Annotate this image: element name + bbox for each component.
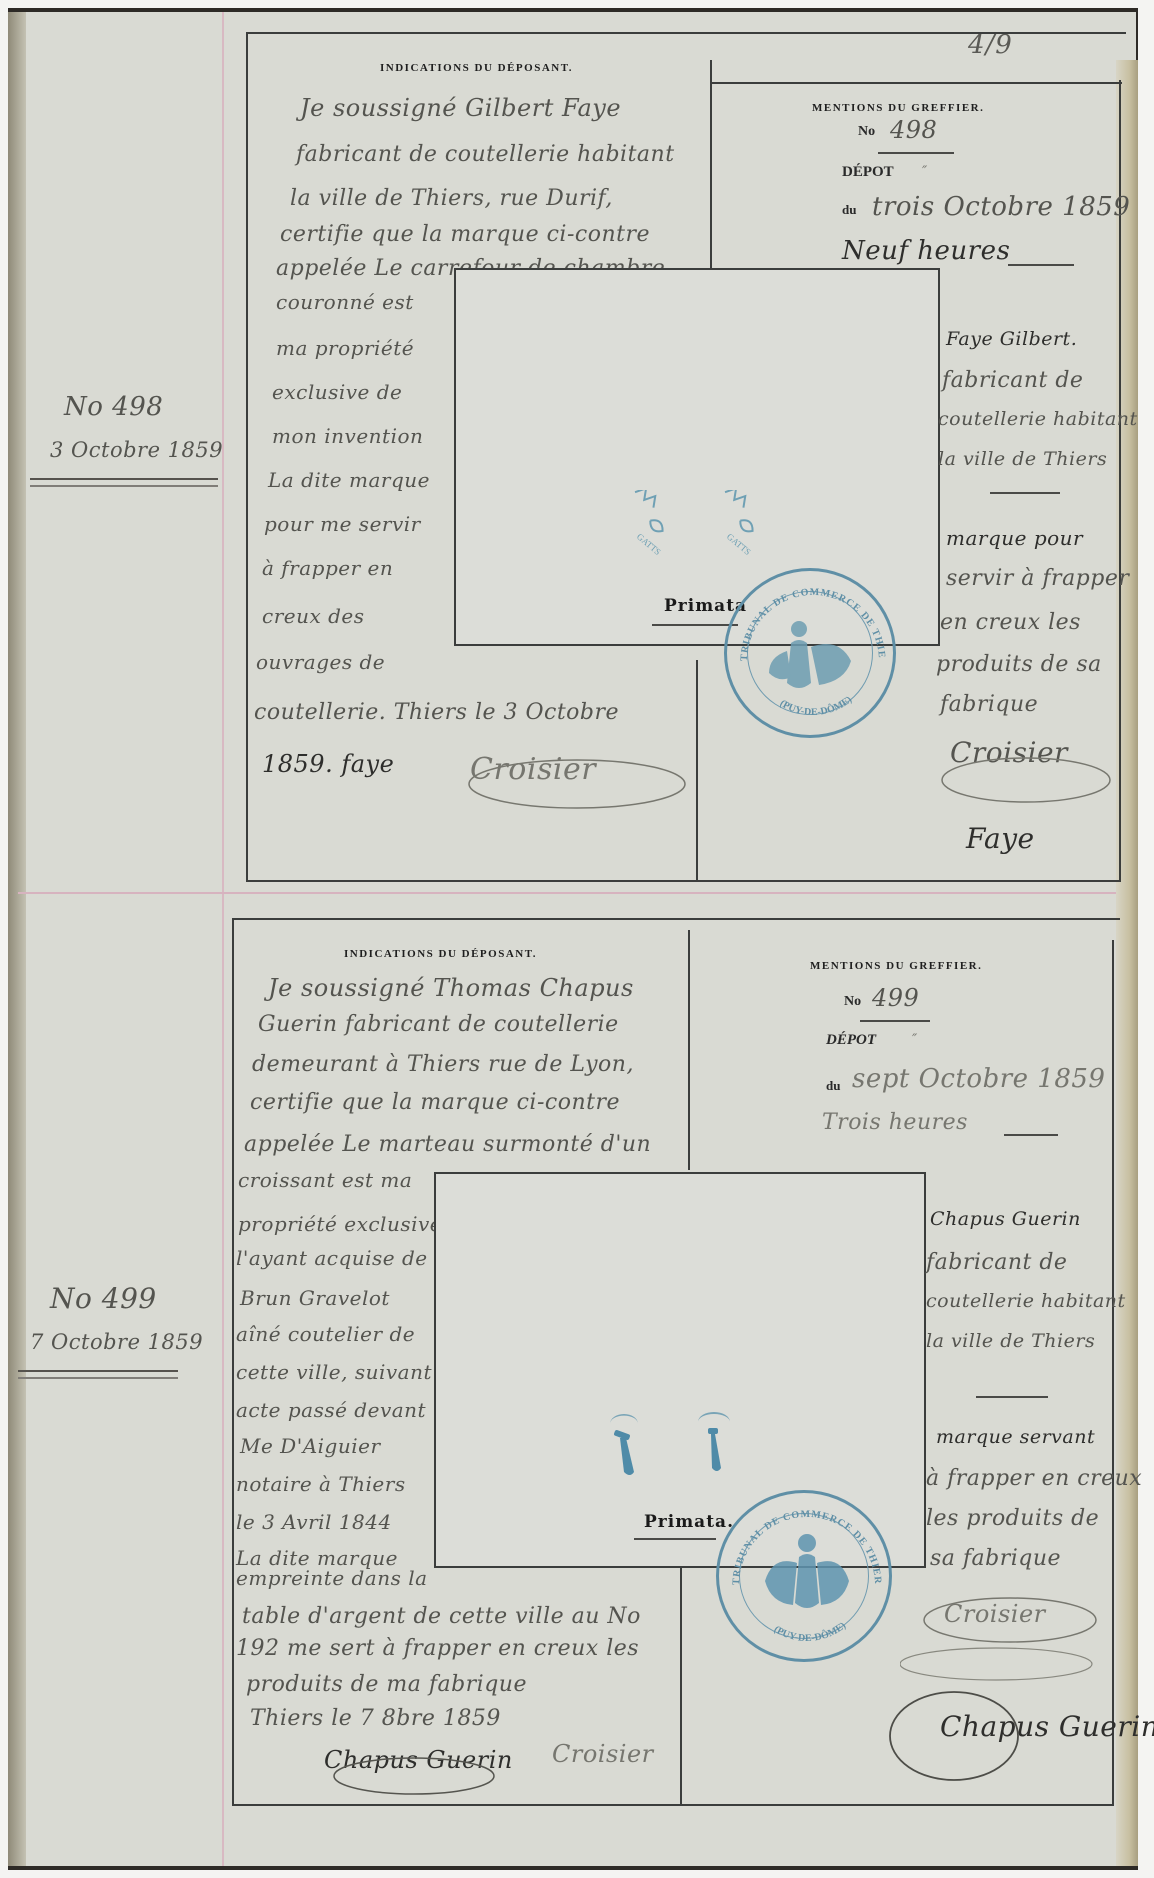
depositor-line: table d'argent de cette ville au No xyxy=(242,1604,641,1629)
clerk-separator xyxy=(976,1396,1048,1398)
number-label: No xyxy=(858,124,875,140)
hammer-crescent-mark-icon xyxy=(694,1408,734,1478)
svg-text:(PUY-DE-DÔME): (PUY-DE-DÔME) xyxy=(772,1620,848,1644)
depositor-line: l'ayant acquise de xyxy=(236,1246,428,1270)
depositor-line: cette ville, suivant xyxy=(236,1360,432,1384)
clerk-line: la ville de Thiers xyxy=(926,1330,1095,1352)
depositor-line: Guerin fabricant de coutellerie xyxy=(258,1012,619,1037)
depositor-line: acte passé devant xyxy=(236,1398,426,1422)
clerk-line: marque servant xyxy=(936,1426,1095,1448)
depositor-header: INDICATIONS DU DÉPOSANT. xyxy=(344,948,537,960)
deposit-number: 499 xyxy=(872,984,919,1012)
depositor-line: croissant est ma xyxy=(238,1168,412,1192)
clerk-line: sa fabrique xyxy=(930,1546,1061,1571)
margin-double-underline xyxy=(18,1370,178,1379)
depositor-line: ouvrages de xyxy=(256,650,385,674)
clerk-line: à frapper en creux xyxy=(926,1466,1142,1491)
mark-label-underline xyxy=(652,624,738,626)
depositor-line: fabricant de coutellerie habitant xyxy=(296,142,675,167)
number-underline xyxy=(860,1020,930,1022)
depositor-line: Brun Gravelot xyxy=(240,1286,390,1310)
svg-text:GATTS: GATTS xyxy=(635,531,663,557)
number-label: No xyxy=(844,994,861,1010)
depositor-line: le 3 Avril 1844 xyxy=(236,1510,392,1534)
signature-flourish xyxy=(318,1740,498,1800)
depositor-line: demeurant à Thiers rue de Lyon, xyxy=(252,1052,634,1077)
number-underline xyxy=(878,152,954,154)
signature-flourish xyxy=(884,1680,1084,1790)
hammer-crescent-mark-icon xyxy=(604,1410,644,1480)
clerk-header-rule xyxy=(710,82,1122,84)
column-divider-bottom xyxy=(696,660,698,880)
clerk-line: marque pour xyxy=(946,526,1083,550)
depositor-line: certifie que la marque ci-contre xyxy=(280,222,650,247)
depositor-line: 192 me sert à frapper en creux les xyxy=(236,1636,639,1661)
svg-text:GATTS: GATTS xyxy=(725,531,753,557)
trademark-impression-icon: GATTS xyxy=(694,490,784,570)
clerk-line: fabricant de xyxy=(926,1250,1067,1275)
deposit-number: 498 xyxy=(890,116,937,144)
signature-flourish xyxy=(900,1590,1100,1690)
margin-entry-date: 3 Octobre 1859 xyxy=(50,438,223,462)
depositor-line: pour me servir xyxy=(264,512,421,536)
clerk-line: les produits de xyxy=(926,1506,1099,1531)
trademark-impression-icon: GATTS xyxy=(604,490,694,570)
depositor-line: Thiers le 7 8bre 1859 xyxy=(250,1706,501,1731)
ditto-mark: ″ xyxy=(922,164,928,180)
depositor-signature-line: 1859. faye xyxy=(262,750,394,778)
time-underline xyxy=(1004,1134,1058,1136)
signature-flourish xyxy=(936,740,1116,810)
form-left-border xyxy=(232,918,234,1806)
depositor-line: coutellerie. Thiers le 3 Octobre xyxy=(254,700,619,725)
deposit-date: trois Octobre 1859 xyxy=(872,192,1130,222)
clerk-line: fabricant de xyxy=(942,368,1083,393)
depositor-line: creux des xyxy=(262,604,365,628)
depositor-line: empreinte dans la xyxy=(236,1566,428,1590)
clerk-line: coutellerie habitant xyxy=(938,408,1138,430)
depositor-signature: Faye xyxy=(966,822,1035,855)
clerk-line: servir à frapper xyxy=(946,566,1129,591)
form-bottom-border xyxy=(232,1804,1114,1806)
date-prefix: du xyxy=(842,202,856,218)
clerk-line: en creux les xyxy=(940,610,1081,635)
depot-label: DÉPOT xyxy=(826,1032,876,1049)
column-divider-bottom xyxy=(680,1566,682,1806)
signature-flourish xyxy=(462,746,692,816)
depositor-line: exclusive de xyxy=(272,380,402,404)
depositor-line: certifie que la marque ci-contre xyxy=(250,1090,620,1115)
depositor-line: couronné est xyxy=(276,290,414,314)
clerk-line: Faye Gilbert. xyxy=(946,328,1077,350)
form-bottom-border xyxy=(246,880,1121,882)
clerk-separator xyxy=(990,492,1060,494)
margin-entry-number: No 499 xyxy=(50,1282,157,1315)
margin-rule xyxy=(222,12,224,1866)
depositor-line: La dite marque xyxy=(268,468,430,492)
clerk-line: coutellerie habitant xyxy=(926,1290,1126,1312)
column-divider-top xyxy=(710,60,712,270)
depositor-line: mon invention xyxy=(272,424,423,448)
form-left-border xyxy=(246,32,248,882)
deposit-date: sept Octobre 1859 xyxy=(852,1064,1105,1094)
binding-edge xyxy=(8,12,26,1866)
form-top-border xyxy=(234,918,1120,920)
depot-label: DÉPOT xyxy=(842,164,894,181)
deposit-time: Trois heures xyxy=(822,1110,968,1135)
depositor-line: notaire à Thiers xyxy=(236,1472,406,1496)
mark-label-underline xyxy=(634,1538,716,1540)
clerk-header: MENTIONS DU GREFFIER. xyxy=(812,102,984,114)
margin-entry-number: No 498 xyxy=(64,392,163,422)
depositor-line: à frapper en xyxy=(262,556,393,580)
time-underline xyxy=(1008,264,1074,266)
depositor-line: produits de ma fabrique xyxy=(246,1672,527,1697)
depositor-line: appelée Le marteau surmonté d'un xyxy=(244,1132,651,1157)
margin-double-underline xyxy=(30,478,218,487)
clerk-line: fabrique xyxy=(940,692,1038,717)
depositor-line: ma propriété xyxy=(276,336,414,360)
depositor-header: INDICATIONS DU DÉPOSANT. xyxy=(380,62,573,74)
tribunal-seal-stamp: TRIBUNAL DE COMMERCE DE THIERS (PUY-DE-D… xyxy=(724,568,896,738)
column-divider-top xyxy=(688,930,690,1170)
depositor-line: propriété exclusive xyxy=(238,1212,442,1236)
section-divider-rule xyxy=(18,892,1116,894)
depositor-line: Je soussigné Thomas Chapus xyxy=(268,974,634,1002)
deposit-time: Neuf heures xyxy=(842,236,1010,266)
depositor-line: la ville de Thiers, rue Durif, xyxy=(290,186,613,211)
ditto-mark: ″ xyxy=(912,1032,918,1048)
clerk-line: la ville de Thiers xyxy=(938,448,1107,470)
clerk-signature: Croisier xyxy=(552,1740,654,1768)
date-prefix: du xyxy=(826,1078,840,1094)
svg-text:(PUY-DE-DÔME): (PUY-DE-DÔME) xyxy=(778,694,854,718)
clerk-line: produits de sa xyxy=(936,652,1102,677)
depositor-line: aîné coutelier de xyxy=(236,1322,415,1346)
depositor-line: Je soussigné Gilbert Faye xyxy=(300,94,621,122)
tribunal-seal-stamp: TRIBUNAL DE COMMERCE DE THIERS (PUY-DE-D… xyxy=(716,1490,892,1662)
depositor-line: Me D'Aiguier xyxy=(240,1434,381,1458)
form-right-border xyxy=(1112,940,1114,1806)
clerk-header: MENTIONS DU GREFFIER. xyxy=(810,960,982,972)
clerk-line: Chapus Guerin xyxy=(930,1208,1081,1230)
margin-entry-date: 7 Octobre 1859 xyxy=(30,1330,203,1354)
